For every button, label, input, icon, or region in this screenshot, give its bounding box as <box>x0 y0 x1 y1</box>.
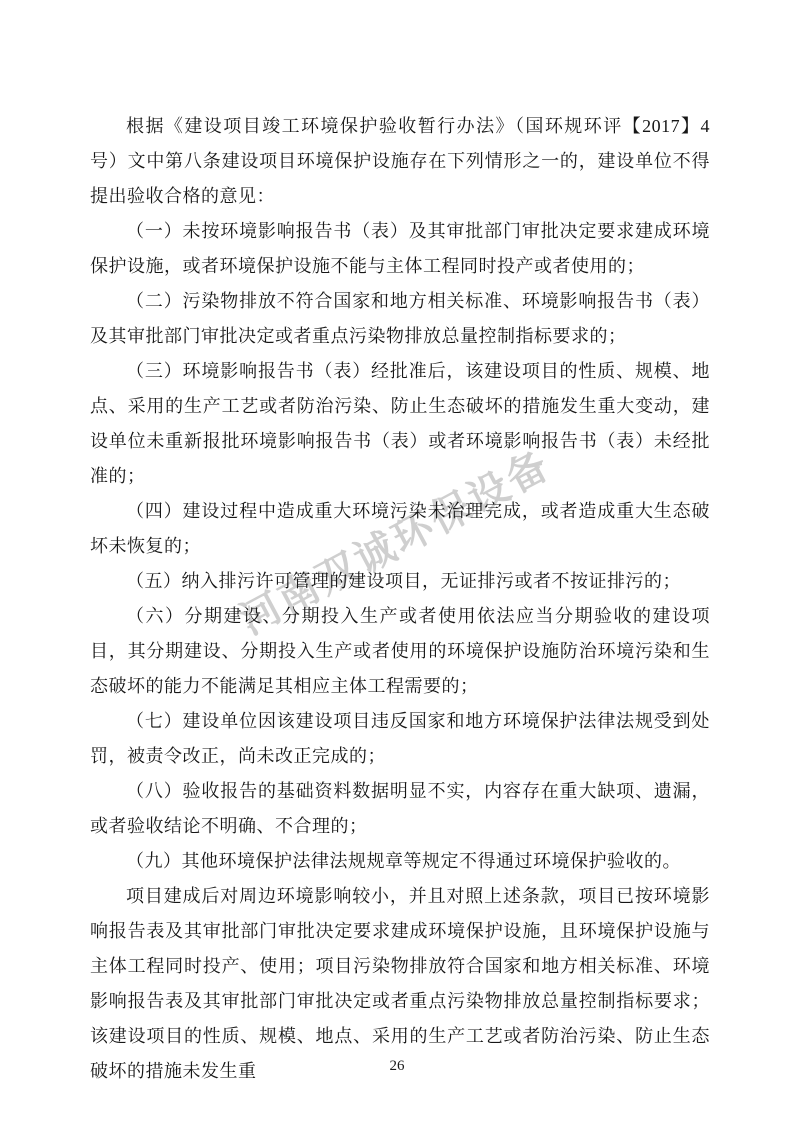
document-body: 根据《建设项目竣工环境保护验收暂行办法》（国环规环评【2017】4 号）文中第八… <box>90 109 710 1089</box>
page-number: 26 <box>0 1058 794 1075</box>
clause-3: （三）环境影响报告书（表）经批准后，该建设项目的性质、规模、地点、采用的生产工艺… <box>90 354 710 494</box>
clause-1: （一）未按环境影响报告书（表）及其审批部门审批决定要求建成环境保护设施，或者环境… <box>90 214 710 284</box>
document-page: 河南双诚环保设备 根据《建设项目竣工环境保护验收暂行办法》（国环规环评【2017… <box>0 0 794 1123</box>
clause-8: （八）验收报告的基础资料数据明显不实，内容存在重大缺项、遗漏，或者验收结论不明确… <box>90 774 710 844</box>
paragraph-intro: 根据《建设项目竣工环境保护验收暂行办法》（国环规环评【2017】4 号）文中第八… <box>90 109 710 214</box>
clause-2: （二）污染物排放不符合国家和地方相关标准、环境影响报告书（表）及其审批部门审批决… <box>90 284 710 354</box>
clause-5: （五）纳入排污许可管理的建设项目，无证排污或者不按证排污的； <box>90 564 710 599</box>
clause-7: （七）建设单位因该建设项目违反国家和地方环境保护法律法规受到处罚，被责令改正，尚… <box>90 704 710 774</box>
clause-6: （六）分期建设、分期投入生产或者使用依法应当分期验收的建设项目，其分期建设、分期… <box>90 599 710 704</box>
clause-9: （九）其他环境保护法律法规规章等规定不得通过环境保护验收的。 <box>90 844 710 879</box>
clause-4: （四）建设过程中造成重大环境污染未治理完成，或者造成重大生态破坏未恢复的； <box>90 494 710 564</box>
